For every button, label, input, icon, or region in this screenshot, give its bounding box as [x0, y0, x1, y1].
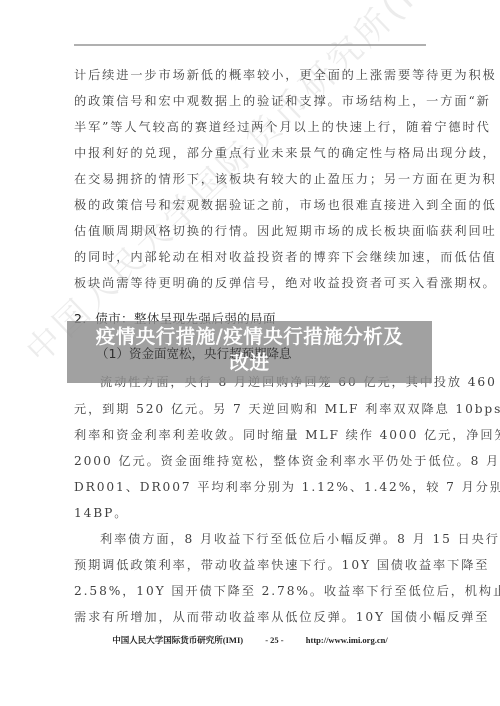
body-text-line: 14BP。: [74, 505, 426, 521]
footer-page-number: - 25 -: [265, 635, 283, 645]
body-text-line: 利率和资金利率利差收敛。同时缩量 MLF 续作 4000 亿元，净回笼: [74, 427, 426, 443]
body-text-line: 在交易拥挤的情形下，该板块有较大的止盈压力；另一方面在更为积: [74, 171, 426, 187]
body-text-line: 半军”等人气较高的赛道经过两个月以上的快速上行，随着宁德时代: [74, 119, 426, 135]
overlay-title-line-1: 疫情央行措施/疫情央行措施分析及: [67, 324, 432, 350]
header-rule: [74, 44, 426, 46]
body-text-line: 预期调低政策利率，带动收益率快速下行。10Y 国债收益率下降至: [74, 557, 426, 573]
body-text-line: DR001、DR007 平均利率分别为 1.12%、1.42%，较 7 月分别下…: [74, 479, 426, 495]
body-text-line: 极的政策信号和宏观数据验证之前，市场也很难直接进入到全面的低: [74, 197, 426, 213]
body-text-line: 需求有所增加，从而带动收益率从低位反弹。10Y 国债小幅反弹至: [74, 609, 426, 625]
body-text-line: 利率债方面，8 月收益下行至低位后小幅反弹。8 月 15 日央行超: [100, 531, 426, 547]
body-text-line: 计后续进一步市场新低的概率较小，更全面的上涨需要等待更为积极: [74, 67, 426, 83]
body-text-line: 2.58%，10Y 国开债下降至 2.78%。收益率下行至低位后，机构止盈: [74, 583, 426, 599]
body-text-line: 元，到期 520 亿元。另 7 天逆回购和 MLF 利率双双降息 10bps，政…: [74, 401, 426, 417]
overlay-title-line-2: 改进: [67, 350, 432, 376]
body-text-line: 中报利好的兑现，部分重点行业未来景气的确定性与格局出现分歧，: [74, 145, 426, 161]
body-text-line: 估值顺周期风格切换的行情。因此短期市场的成长板块面临获利回吐: [74, 223, 426, 239]
footer-institute: 中国人民大学国际货币研究所(IMI): [112, 635, 243, 645]
body-text-line: 板块尚需等待更明确的反弹信号，绝对收益投资者可买入看涨期权。: [74, 275, 426, 291]
footer-url: http://www.imi.org.cn/: [306, 635, 388, 645]
page-footer: 中国人民大学国际货币研究所(IMI) - 25 - http://www.imi…: [0, 634, 500, 646]
body-text-line: 的政策信号和宏中观数据上的验证和支撑。市场结构上，一方面“新: [74, 93, 426, 109]
body-text-line: 2000 亿元。资金面维持宽松，整体资金利率水平仍处于低位。8 月: [74, 453, 426, 469]
overlay-title: 疫情央行措施/疫情央行措施分析及 改进: [67, 324, 432, 376]
body-text-line: 的同时，内部轮动在相对收益投资者的博弈下会继续加速，而低估值: [74, 249, 426, 265]
